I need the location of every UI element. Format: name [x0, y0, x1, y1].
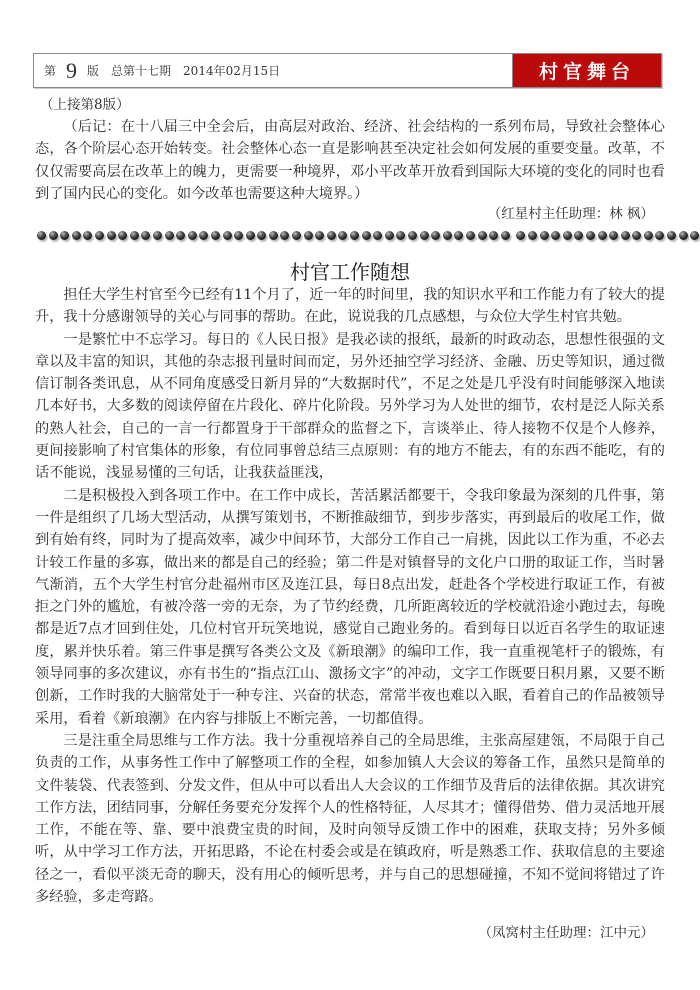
bead-icon — [373, 231, 382, 240]
page-label-prefix: 第 — [44, 62, 56, 79]
bead-icon — [188, 231, 197, 240]
bead-icon — [107, 231, 116, 240]
issue-date: 2014年02月15日 — [183, 62, 280, 79]
bead-icon — [37, 231, 46, 240]
bead-icon — [176, 231, 185, 240]
bead-icon — [609, 231, 618, 240]
section-banner: 村官舞台 — [512, 54, 661, 87]
bead-icon — [72, 231, 81, 240]
postscript-paragraph: （后记：在十八届三中全会后，由高层对政治、经济、社会结构的一系列布局，导致社会整… — [35, 116, 665, 205]
bead-icon — [466, 231, 475, 240]
bead-icon — [431, 231, 440, 240]
postscript-signature: （红星村主任助理：林 枫） — [488, 202, 654, 222]
bead-icon — [667, 231, 676, 240]
bead-icon — [454, 231, 463, 240]
issue-info: 第 9 版 总第十七期 2014年02月15日 — [44, 54, 280, 87]
bead-icon — [443, 231, 452, 240]
bead-icon — [292, 231, 301, 240]
bead-icon — [586, 231, 595, 240]
issue-number: 总第十七期 — [111, 62, 171, 79]
article-signature: （凤窝村主任助理：江中元） — [479, 921, 655, 941]
bead-icon — [574, 231, 583, 240]
bead-icon — [304, 231, 313, 240]
bead-icon — [95, 231, 104, 240]
bead-icon — [362, 231, 371, 240]
article-body: 担任大学生村官至今已经有11个月了，近一年的时间里，我的知识水平和工作能力有了较… — [35, 284, 665, 908]
bead-icon — [165, 231, 174, 240]
bead-icon — [141, 231, 150, 240]
bead-icon — [60, 231, 69, 240]
bead-icon — [130, 231, 139, 240]
bead-icon — [234, 231, 243, 240]
bead-icon — [540, 231, 549, 240]
bead-icon — [598, 231, 607, 240]
article-paragraph: 二是积极投入到各项工作中。在工作中成长，苦活累活都要干，令我印象最为深刻的几件事… — [35, 485, 665, 730]
bead-icon — [679, 231, 688, 240]
bead-icon — [223, 231, 232, 240]
bead-icon — [246, 231, 255, 240]
bead-icon — [153, 231, 162, 240]
bead-icon — [408, 231, 417, 240]
bead-icon — [528, 231, 537, 240]
bead-icon — [563, 231, 572, 240]
article-paragraph: 一是繁忙中不忘学习。每日的《人民日报》是我必读的报纸，最新的时政动态，思想性很强… — [35, 329, 665, 485]
bead-icon — [83, 231, 92, 240]
bead-icon — [327, 231, 336, 240]
bead-icon — [199, 231, 208, 240]
bead-divider — [37, 231, 657, 245]
bead-icon — [690, 231, 699, 240]
bead-icon — [118, 231, 127, 240]
bead-icon — [501, 231, 510, 240]
bead-icon — [269, 231, 278, 240]
bead-icon — [516, 231, 525, 240]
bead-icon — [49, 231, 58, 240]
bead-icon — [420, 231, 429, 240]
bead-icon — [644, 231, 653, 240]
bead-icon — [621, 231, 630, 240]
bead-icon — [655, 231, 664, 240]
bead-icon — [489, 231, 498, 240]
bead-icon — [257, 231, 266, 240]
bead-icon — [338, 231, 347, 240]
bead-icon — [280, 231, 289, 240]
page-number: 9 — [66, 58, 77, 84]
bead-icon — [350, 231, 359, 240]
bead-icon — [315, 231, 324, 240]
bead-icon — [385, 231, 394, 240]
article-paragraph: 三是注重全局思维与工作方法。我十分重视培养自己的全局思维，主张高屋建瓴，不局限于… — [35, 730, 665, 908]
article-paragraph: 担任大学生村官至今已经有11个月了，近一年的时间里，我的知识水平和工作能力有了较… — [35, 284, 665, 329]
bead-icon — [632, 231, 641, 240]
page-header: 第 9 版 总第十七期 2014年02月15日 村官舞台 — [33, 53, 662, 88]
bead-icon — [211, 231, 220, 240]
continued-from-label: （上接第8版） — [40, 94, 130, 116]
postscript: （后记：在十八届三中全会后，由高层对政治、经济、社会结构的一系列布局，导致社会整… — [35, 116, 665, 205]
article-title: 村官工作随想 — [0, 256, 700, 285]
bead-icon — [478, 231, 487, 240]
bead-icon — [396, 231, 405, 240]
page-label-suffix: 版 — [87, 62, 99, 79]
bead-icon — [551, 231, 560, 240]
